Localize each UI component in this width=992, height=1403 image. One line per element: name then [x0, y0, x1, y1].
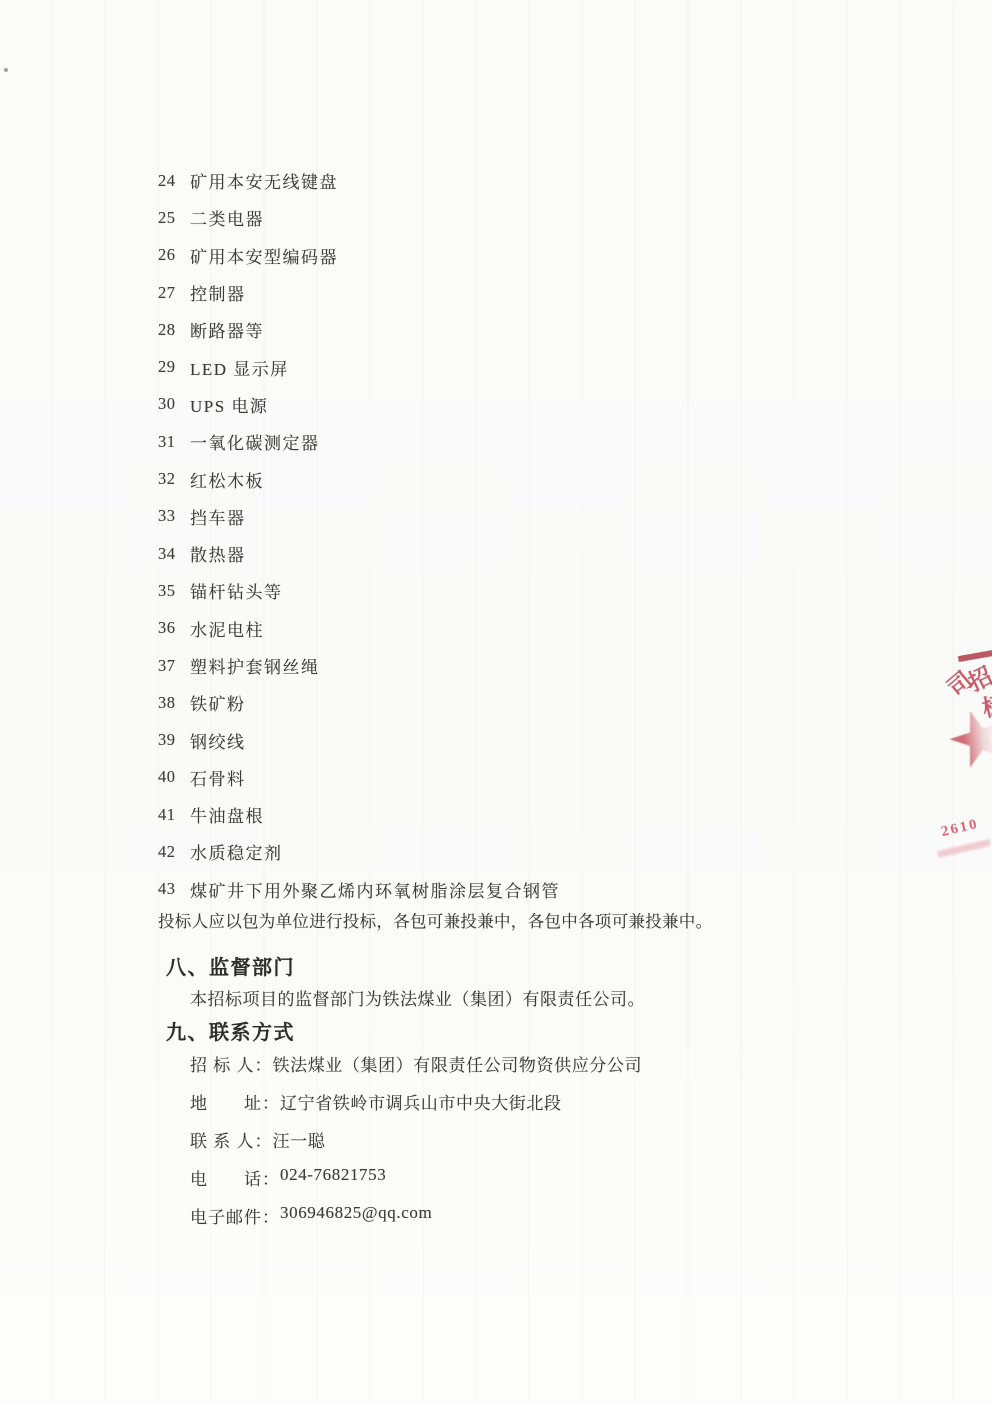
item-number: 42: [158, 842, 190, 862]
item-text: 牛油盘根: [190, 802, 264, 827]
item-number: 41: [158, 805, 190, 825]
list-item: 30 UPS 电源: [158, 386, 560, 423]
item-text: 红松木板: [190, 467, 264, 492]
contact-label: 联 系 人：: [190, 1127, 273, 1152]
item-number: 28: [158, 320, 190, 340]
contact-row: 招 标 人： 铁法煤业（集团）有限责任公司物资供应分公司: [190, 1051, 642, 1089]
item-number: 26: [158, 245, 190, 265]
item-number: 33: [158, 506, 190, 526]
item-number: 24: [158, 171, 190, 191]
contact-list: 招 标 人： 铁法煤业（集团）有限责任公司物资供应分公司 地 址： 辽宁省铁岭市…: [190, 1051, 642, 1241]
contact-label: 地 址：: [190, 1089, 280, 1114]
item-number: 35: [158, 581, 190, 601]
list-item: 27 控制器: [158, 274, 560, 311]
document-page: 24 矿用本安无线键盘 25 二类电器 26 矿用本安型编码器 27 控制器 2…: [0, 0, 992, 1403]
list-item: 40 石骨料: [158, 759, 560, 796]
list-item: 37 塑料护套钢丝绳: [158, 647, 560, 684]
contact-row: 联 系 人： 汪一聪: [190, 1127, 642, 1165]
seal-arc-character: 司: [939, 662, 978, 702]
list-item: 42 水质稳定剂: [158, 833, 560, 870]
seal-ink-smudge: [937, 839, 991, 858]
bid-package-note: 投标人应以包为单位进行投标，各包可兼投兼中，各包中各项可兼投兼中。: [158, 908, 712, 932]
section-8-body: 本招标项目的监督部门为铁法煤业（集团）有限责任公司。: [190, 985, 645, 1010]
contact-label: 电子邮件：: [190, 1203, 280, 1228]
list-item: 28 断路器等: [158, 311, 560, 348]
section-8-heading: 八、监督部门: [166, 951, 295, 980]
item-text: 断路器等: [190, 317, 264, 342]
item-text: 塑料护套钢丝绳: [190, 653, 320, 678]
item-number: 43: [158, 879, 190, 899]
section-9-heading: 九、联系方式: [166, 1016, 295, 1045]
item-text: LED 显示屏: [190, 355, 289, 380]
list-item: 34 散热器: [158, 535, 560, 572]
contact-value: 024-76821753: [280, 1165, 386, 1185]
list-item: 43 煤矿井下用外聚乙烯内环氧树脂涂层复合钢管: [158, 871, 560, 908]
list-item: 35 锚杆钻头等: [158, 572, 560, 609]
seal-arc-character: 标: [978, 686, 992, 724]
item-text: 石骨料: [190, 765, 246, 790]
item-number: 37: [158, 656, 190, 676]
list-item: 26 矿用本安型编码器: [158, 237, 560, 274]
item-number: 39: [158, 730, 190, 750]
item-number: 38: [158, 693, 190, 713]
list-item: 29 LED 显示屏: [158, 348, 560, 385]
contact-row: 电子邮件： 306946825@qq.com: [190, 1203, 642, 1241]
item-text: 煤矿井下用外聚乙烯内环氧树脂涂层复合钢管: [190, 877, 560, 902]
item-number: 34: [158, 544, 190, 564]
contact-label: 电 话：: [190, 1165, 280, 1190]
seal-serial-number: 2610: [940, 816, 981, 841]
item-text: 水泥电柱: [190, 616, 264, 641]
seal-ring-segment: [958, 650, 992, 662]
item-text: 二类电器: [190, 205, 264, 230]
item-number: 27: [158, 283, 190, 303]
scan-speck: [4, 68, 8, 72]
list-item: 33 挡车器: [158, 498, 560, 535]
list-item: 25 二类电器: [158, 199, 560, 236]
item-text: UPS 电源: [190, 392, 268, 417]
contact-value: 铁法煤业（集团）有限责任公司物资供应分公司: [273, 1051, 643, 1076]
item-text: 散热器: [190, 541, 246, 566]
item-text: 一氧化碳测定器: [190, 429, 320, 454]
list-item: 38 铁矿粉: [158, 684, 560, 721]
list-item: 24 矿用本安无线键盘: [158, 162, 560, 199]
item-text: 水质稳定剂: [190, 839, 283, 864]
list-item: 41 牛油盘根: [158, 796, 560, 833]
item-number: 32: [158, 469, 190, 489]
list-item: 32 红松木板: [158, 460, 560, 497]
item-text: 铁矿粉: [190, 690, 246, 715]
item-number: 29: [158, 357, 190, 377]
contact-row: 地 址： 辽宁省铁岭市调兵山市中央大街北段: [190, 1089, 642, 1127]
contact-value: 汪一聪: [273, 1127, 326, 1152]
list-item: 39 钢绞线: [158, 721, 560, 758]
contact-value: 辽宁省铁岭市调兵山市中央大街北段: [280, 1089, 562, 1114]
seal-star-icon: ★: [936, 694, 992, 785]
item-number: 31: [158, 432, 190, 452]
item-number: 25: [158, 208, 190, 228]
item-text: 矿用本安无线键盘: [190, 168, 338, 193]
list-item: 36 水泥电柱: [158, 610, 560, 647]
goods-item-list: 24 矿用本安无线键盘 25 二类电器 26 矿用本安型编码器 27 控制器 2…: [158, 162, 560, 908]
item-text: 钢绞线: [190, 728, 246, 753]
contact-value: 306946825@qq.com: [280, 1203, 432, 1223]
item-text: 控制器: [190, 280, 246, 305]
contact-label: 招 标 人：: [190, 1051, 273, 1076]
item-text: 锚杆钻头等: [190, 578, 283, 603]
seal-arc-character: 招: [962, 658, 992, 698]
item-number: 36: [158, 618, 190, 638]
item-number: 30: [158, 394, 190, 414]
item-text: 矿用本安型编码器: [190, 243, 338, 268]
item-number: 40: [158, 767, 190, 787]
item-text: 挡车器: [190, 504, 246, 529]
contact-row: 电 话： 024-76821753: [190, 1165, 642, 1203]
list-item: 31 一氧化碳测定器: [158, 423, 560, 460]
